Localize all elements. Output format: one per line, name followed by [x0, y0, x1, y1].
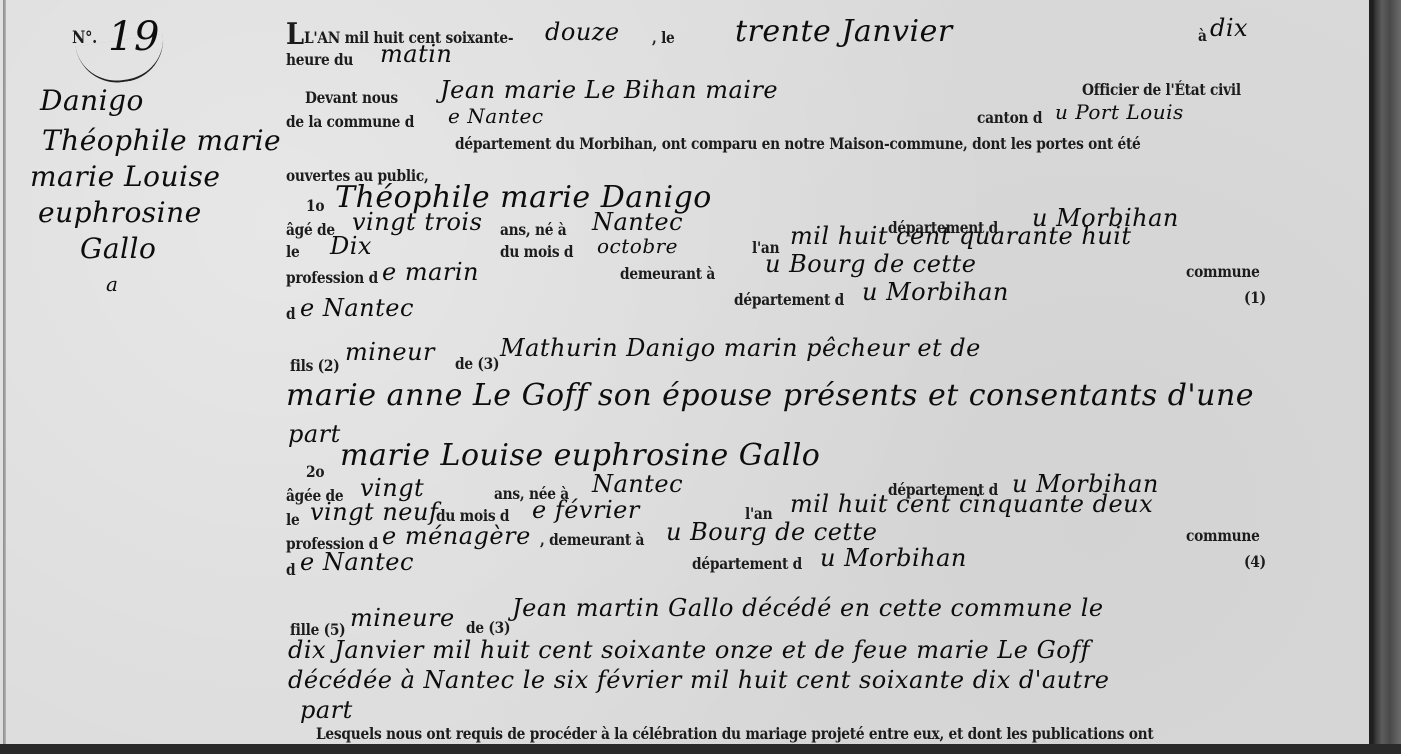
- groom-dept2: u Morbihan: [862, 278, 1009, 306]
- header-line2-printed: heure du: [286, 50, 353, 69]
- bride-profession: e ménagère: [382, 522, 531, 550]
- groom-printed-de: d: [286, 304, 295, 323]
- officer-printed-departement: département du Morbihan, ont comparu en …: [455, 134, 1141, 153]
- groom-printed-demeurant: demeurant à: [620, 264, 715, 283]
- bride-parents-line1: Jean martin Gallo décédé en cette commun…: [512, 594, 1104, 622]
- bride-residence: u Bourg de cette: [666, 518, 877, 546]
- officer-printed-commune: de la commune d: [286, 112, 414, 131]
- groom-parents-line2: marie anne Le Goff son épouse présents e…: [286, 378, 1254, 413]
- groom-parents-line1: Mathurin Danigo marin pêcheur et de: [500, 334, 981, 362]
- bride-residence-commune: e Nantec: [300, 548, 414, 576]
- groom-residence-commune: e Nantec: [300, 294, 414, 322]
- bride-birth-month: e février: [532, 496, 640, 524]
- margin-given-names-groom: Théophile marie: [42, 124, 281, 157]
- groom-birth-day: Dix: [330, 232, 372, 260]
- groom-note-marker: (1): [1244, 288, 1266, 307]
- groom-status: mineur: [345, 338, 435, 366]
- groom-printed-le: le: [286, 242, 299, 261]
- header-line1-printed: LL'AN mil huit cent soixante-: [286, 20, 304, 50]
- officer-canton: u Port Louis: [1055, 100, 1184, 124]
- bride-printed-le: le: [286, 510, 299, 529]
- officer-printed-title: Officier de l'État civil: [1082, 80, 1241, 99]
- officer-printed-devant: Devant nous: [305, 88, 398, 107]
- officer-printed-canton: canton d: [977, 108, 1042, 127]
- bride-parents-line3: décédée à Nantec le six février mil huit…: [288, 666, 1109, 694]
- bride-name: marie Louise euphrosine Gallo: [340, 438, 820, 473]
- margin-given-names-bride-2: euphrosine: [38, 196, 202, 229]
- groom-birthplace: Nantec: [592, 208, 683, 236]
- groom-birth-month: octobre: [597, 234, 678, 258]
- officer-name: Jean marie Le Bihan maire: [440, 76, 778, 104]
- page-left-rule: [3, 0, 6, 744]
- bride-dept2: u Morbihan: [820, 544, 967, 572]
- groom-parents-line3: part: [288, 420, 341, 448]
- register-page: N°. 19 Danigo Théophile marie marie Loui…: [0, 0, 1372, 744]
- bride-parents-line2: dix Janvier mil huit cent soixante onze …: [288, 636, 1090, 664]
- groom-printed-mois: du mois d: [500, 242, 573, 261]
- bride-printed-de3: de (3): [466, 618, 510, 637]
- groom-printed-dept2: département d: [734, 290, 844, 309]
- bride-printed-demeurant: , demeurant à: [540, 530, 644, 549]
- header-date: trente Janvier: [735, 14, 953, 49]
- closing-printed-text: Lesquels nous ont requis de procéder à l…: [316, 724, 1154, 743]
- groom-birth-year: mil huit cent quarante huit: [790, 222, 1132, 250]
- header-year: douze: [545, 18, 620, 46]
- bride-birthplace: Nantec: [592, 470, 683, 498]
- bride-index: 2o: [306, 462, 324, 481]
- header-hour: dix: [1210, 14, 1248, 42]
- margin-given-names-bride-1: marie Louise: [30, 160, 220, 193]
- groom-printed-age: âgé de: [286, 220, 335, 239]
- bride-note-marker: (4): [1244, 552, 1266, 571]
- register-binding: [1372, 0, 1401, 744]
- bride-birth-year: mil huit cent cinquante deux: [790, 490, 1153, 518]
- groom-printed-commune: commune: [1186, 262, 1260, 281]
- groom-printed-ans-ne: ans, né à: [500, 220, 566, 239]
- header-time-of-day: matin: [380, 40, 452, 68]
- bride-printed-de: d: [286, 560, 295, 579]
- groom-residence: u Bourg de cette: [765, 250, 976, 278]
- bride-parents-line4: part: [300, 696, 353, 724]
- groom-index: 1o: [306, 196, 324, 215]
- margin-mark: a: [106, 272, 118, 296]
- header-line1-printed-c: à: [1198, 26, 1207, 45]
- groom-printed-profession: profession d: [286, 268, 378, 287]
- groom-printed-fils: fils (2): [290, 356, 339, 375]
- margin-surname-bride: Gallo: [80, 232, 156, 265]
- officer-commune: e Nantec: [448, 104, 544, 128]
- bride-printed-dept2: département d: [692, 554, 802, 573]
- groom-printed-de3: de (3): [455, 354, 499, 373]
- header-line1-printed-b: , le: [652, 28, 675, 47]
- bride-status: mineure: [350, 604, 455, 632]
- margin-surname-groom: Danigo: [40, 84, 144, 117]
- bride-printed-commune: commune: [1186, 526, 1260, 545]
- groom-profession: e marin: [382, 258, 479, 286]
- viewer-bottom-bar: [0, 744, 1401, 754]
